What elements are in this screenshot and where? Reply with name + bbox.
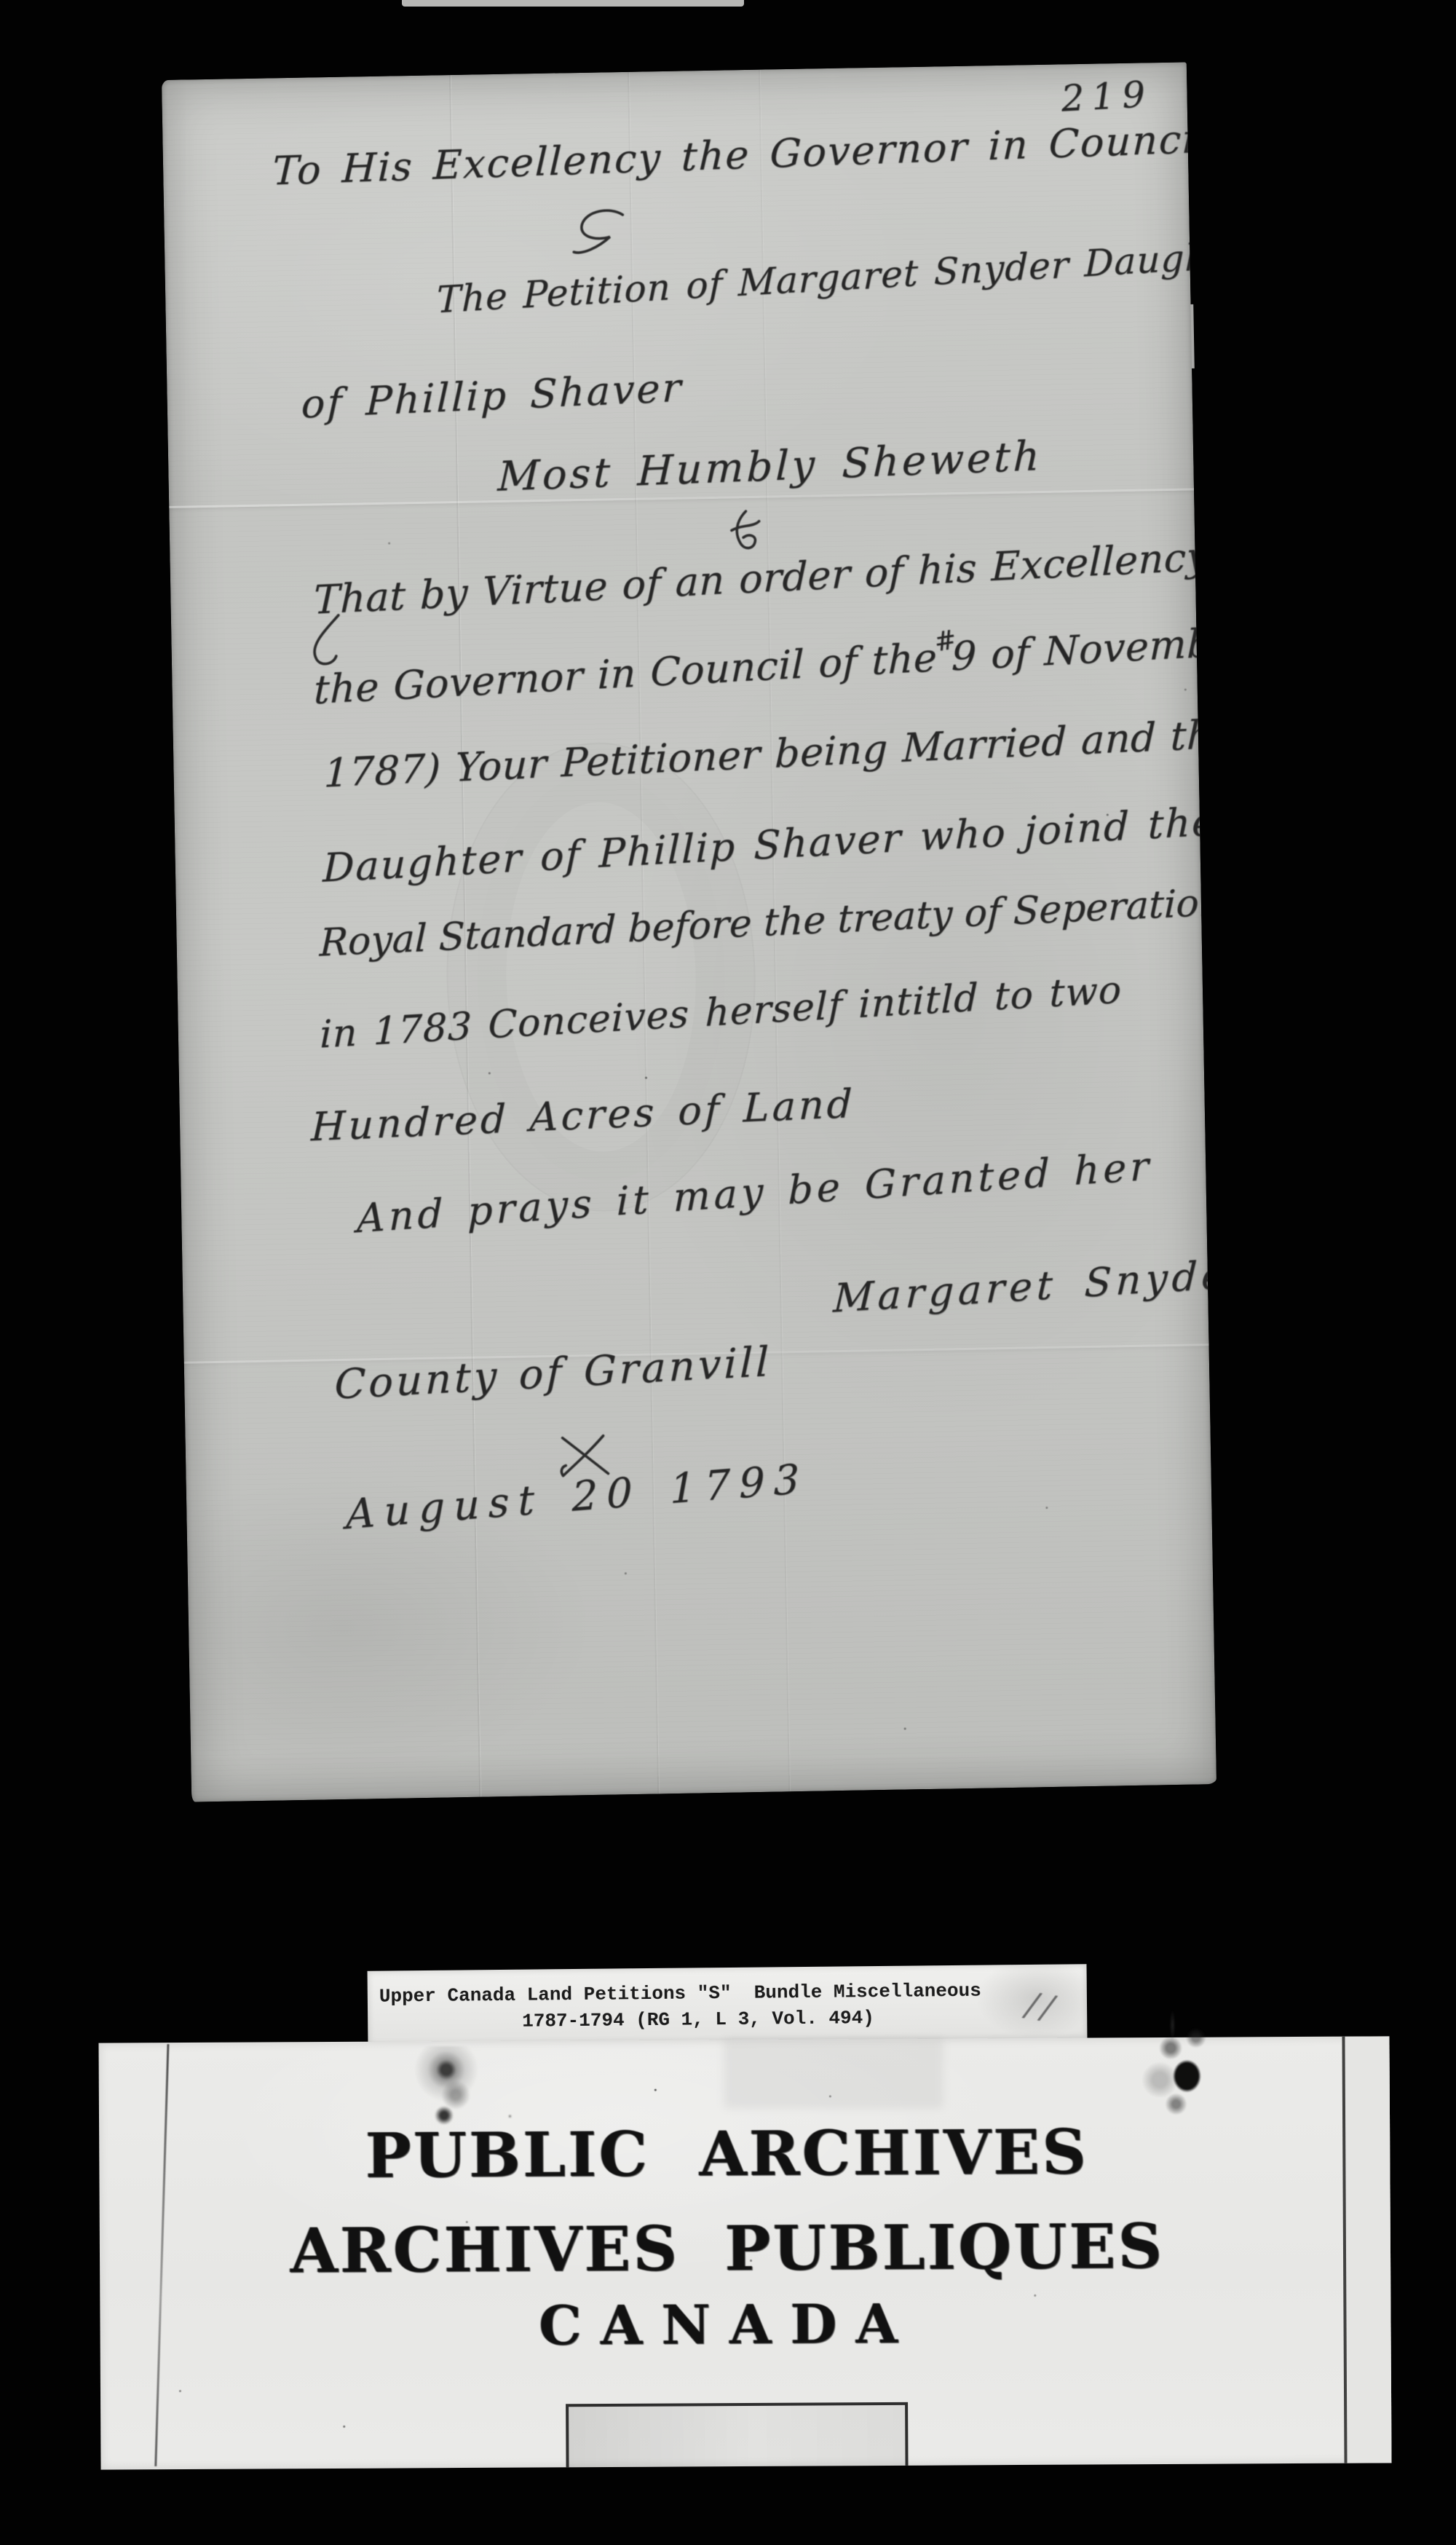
superscript-mark: #: [933, 627, 958, 656]
flourish-mark: [566, 209, 636, 261]
petition-county-line: County of Granvill: [334, 1342, 772, 1406]
page-number: 219: [1060, 76, 1153, 117]
label-volume-reference: 1787-1794 (RG 1, L 3, Vol. 494): [522, 2008, 874, 2031]
petition-salutation-line: To His Excellency the Governor in Counci…: [272, 119, 1211, 192]
archives-country: CANADA: [108, 2295, 1346, 2356]
flourish-mark: [557, 1432, 614, 1481]
flourish-mark: [301, 612, 352, 673]
film-edge-sliver-top: [402, 0, 744, 7]
dust-specks: [162, 80, 164, 82]
petition-body-line4: Daughter of Phillip Shaver who joind the: [323, 802, 1216, 888]
petition-sheweth-line: Most Humbly Sheweth: [497, 436, 1043, 498]
label-collection-title: Upper Canada Land Petitions "S" Bundle M…: [379, 1981, 981, 2006]
pen-check-mark: //: [1024, 1984, 1061, 2028]
petition-body-line2: the Governor in Council of the 9 of Nove…: [314, 621, 1216, 710]
stamp-box-outline: [566, 2402, 908, 2470]
ink-blot-right: [1133, 2010, 1223, 2137]
archives-title-french: ARCHIVES PUBLIQUES: [108, 2215, 1346, 2283]
label-shadow: [724, 2039, 943, 2108]
petition-document-page: 219 To His Excellency the Governor in Co…: [162, 62, 1216, 1802]
ink-blot-left: [414, 2046, 486, 2125]
petition-title-line2: of Phillip Shaver: [301, 368, 684, 425]
flourish-mark: [721, 508, 765, 556]
paper-watermark: [443, 740, 759, 1214]
card-right-edge-strip: [1342, 2036, 1391, 2463]
dust-specks: [98, 2043, 100, 2045]
microfilm-frame: 219 To His Excellency the Governor in Co…: [0, 0, 1456, 2545]
petition-title-line: The Petition of Margaret Snyder Daughter: [436, 236, 1216, 319]
petition-prayer-line: And prays it may be Granted her: [357, 1147, 1152, 1239]
archive-reference-label: Upper Canada Land Petitions "S" Bundle M…: [368, 1964, 1088, 2045]
petition-body-line7: Hundred Acres of Land: [311, 1084, 855, 1148]
petition-body-line5: Royal Standard before the treaty of Sepe…: [319, 883, 1216, 962]
petitioner-signature: Margaret Snyder: [832, 1253, 1216, 1318]
